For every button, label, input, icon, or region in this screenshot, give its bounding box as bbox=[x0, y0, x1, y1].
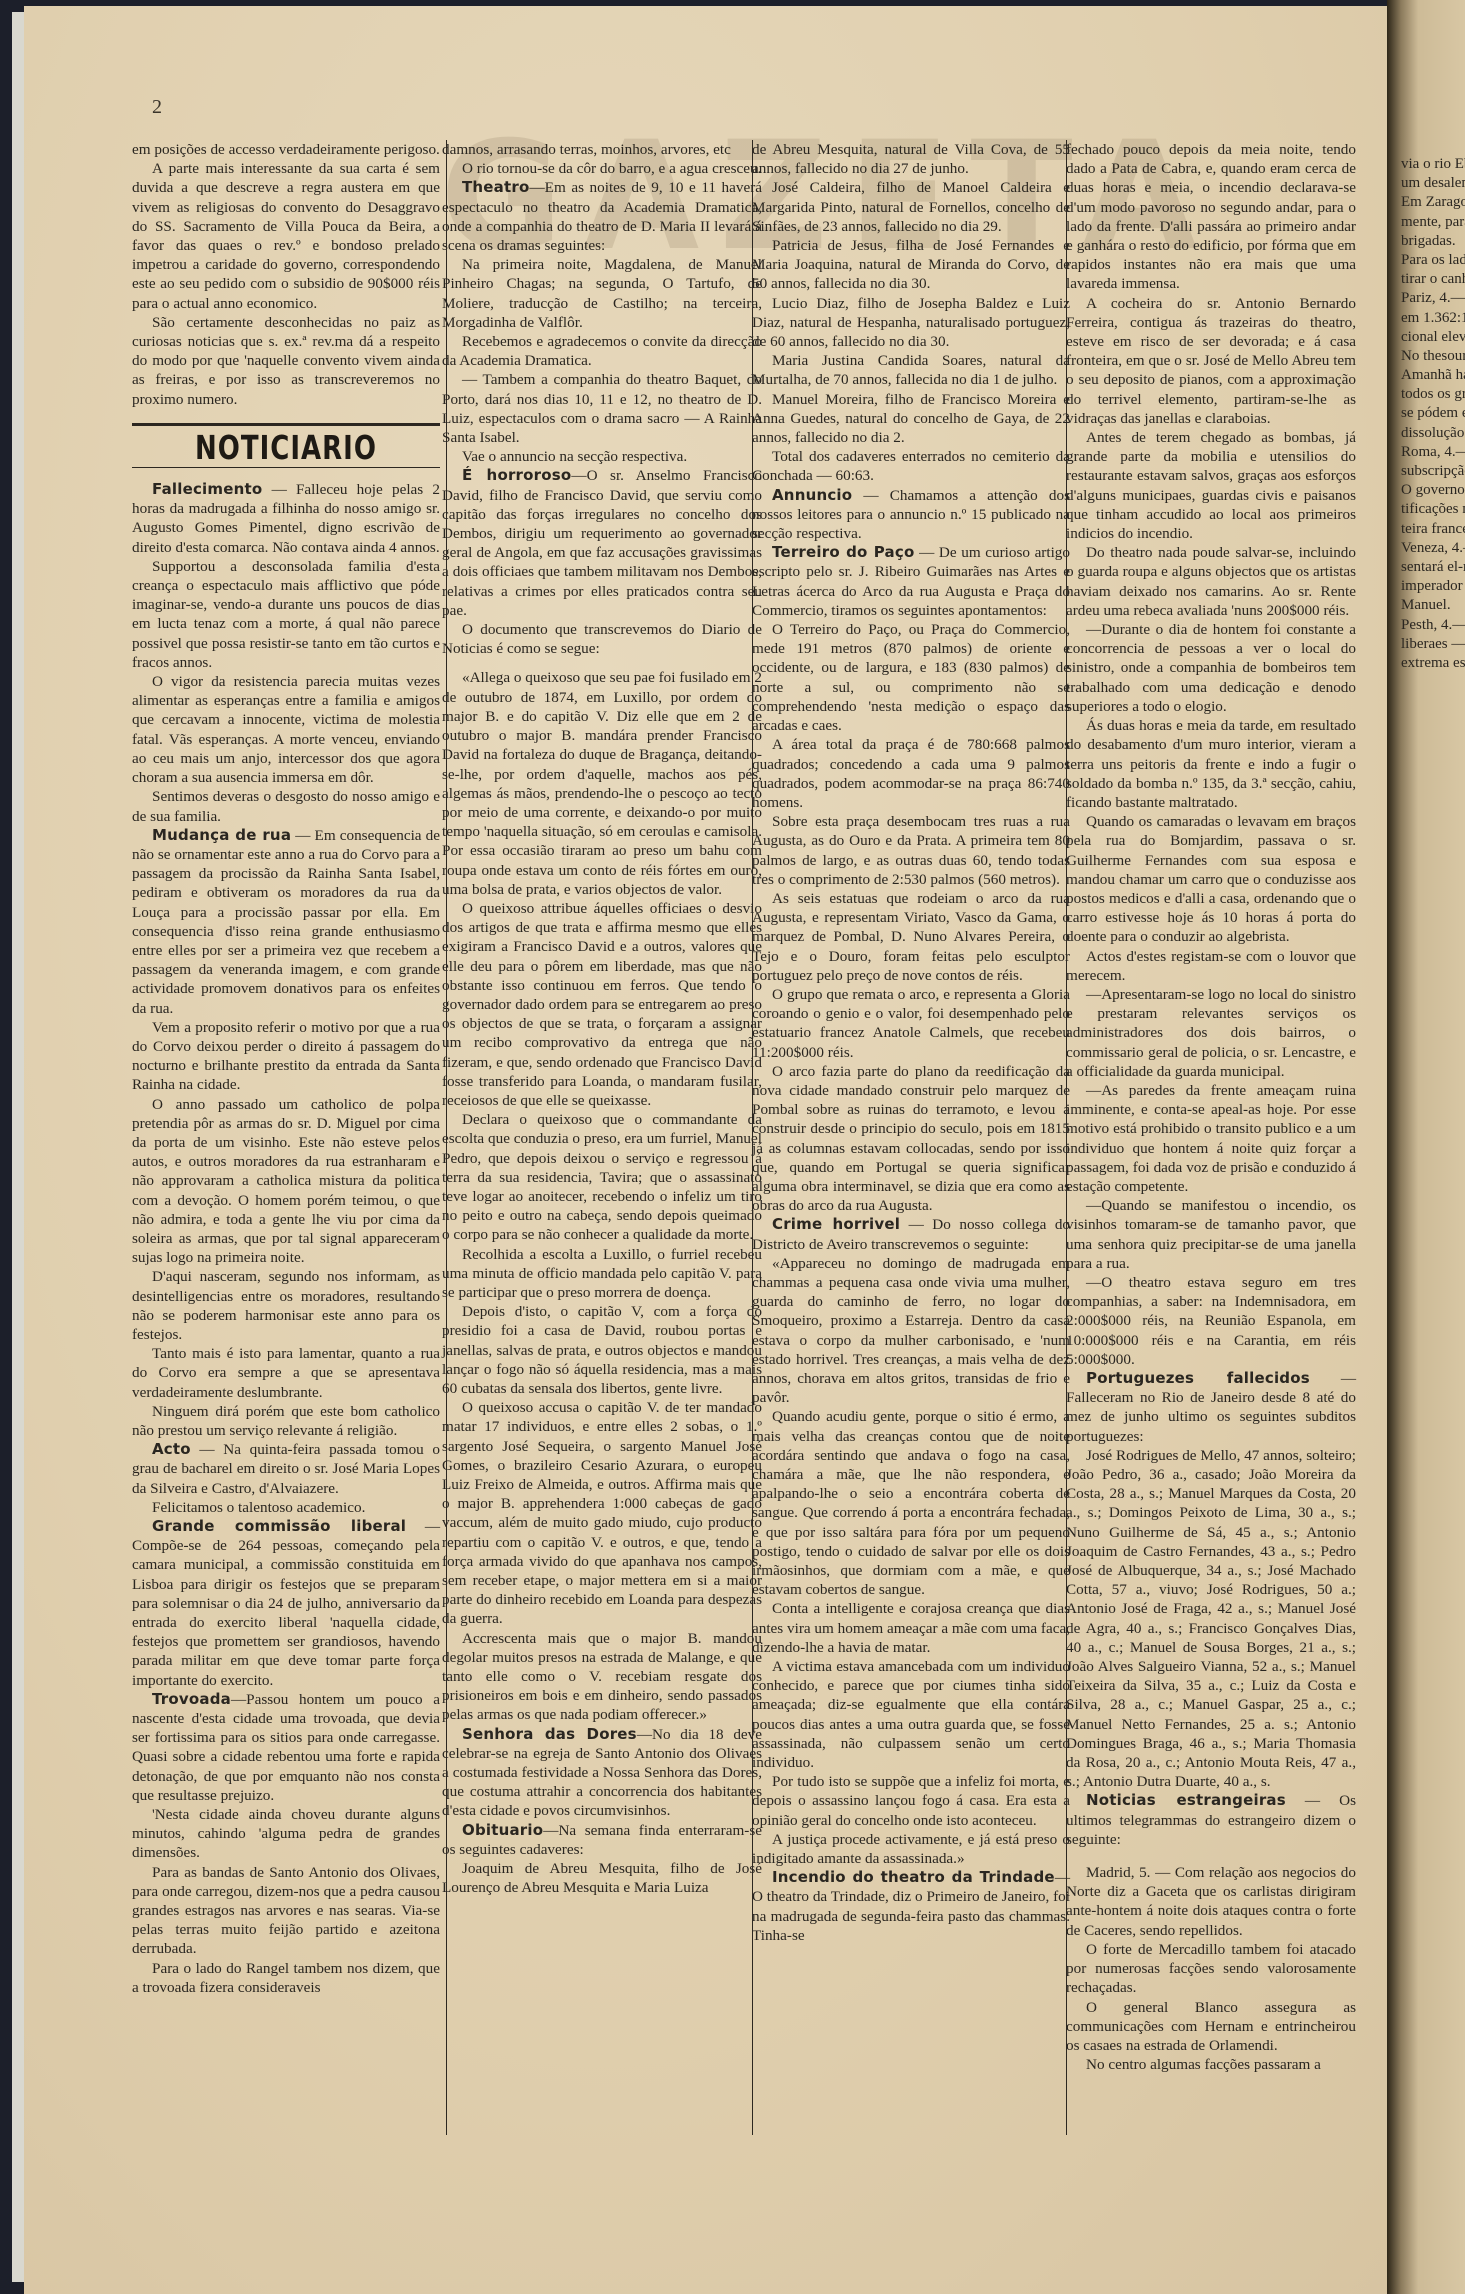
paragraph: 'Nesta cidade ainda choveu durante algun… bbox=[132, 1805, 440, 1863]
paragraph: Accrescenta mais que o major B. mandou d… bbox=[442, 1629, 762, 1725]
adjacent-page-line: brigadas. bbox=[1401, 232, 1465, 251]
article-mudanca: Mudança de rua — Em consequencia de não … bbox=[132, 826, 440, 1018]
paragraph: O forte de Mercadillo tambem foi atacado… bbox=[1066, 1940, 1356, 1998]
paragraph: —As paredes da frente ameaçam ruina immi… bbox=[1066, 1081, 1356, 1196]
paragraph: No centro algumas facções passaram a bbox=[1066, 2055, 1356, 2074]
paragraph: Ninguem dirá porém que este bom catholic… bbox=[132, 1402, 440, 1440]
section-title: NOTICIARIO bbox=[132, 437, 440, 461]
paragraph: Recolhida a escolta a Luxillo, o furriel… bbox=[442, 1245, 762, 1303]
paragraph: O arco fazia parte do plano da reedifica… bbox=[752, 1062, 1070, 1216]
adjacent-page-line: um desalentad bbox=[1401, 174, 1465, 193]
adjacent-page-line: Veneza, 4.— bbox=[1401, 539, 1465, 558]
paragraph: Para as bandas de Santo Antonio dos Oliv… bbox=[132, 1863, 440, 1959]
adjacent-page-line: em 1.362:150 bbox=[1401, 309, 1465, 328]
article-fallecimento: Fallecimento — Falleceu hoje pelas 2 hor… bbox=[132, 480, 440, 557]
paragraph: A victima estava amancebada com um indiv… bbox=[752, 1657, 1070, 1772]
article-heading: Mudança de rua bbox=[152, 826, 291, 844]
article-heading: Annuncio bbox=[772, 486, 852, 504]
paragraph: Vae o annuncio na secção respectiva. bbox=[442, 447, 762, 466]
adjacent-page-line: No thesouro bbox=[1401, 347, 1465, 366]
paragraph: Recebemos e agradecemos o convite da dir… bbox=[442, 332, 762, 370]
paragraph: —Quando se manifestou o incendio, os vis… bbox=[1066, 1196, 1356, 1273]
adjacent-page-line: Amanhã ha bbox=[1401, 366, 1465, 385]
paragraph: Para o lado do Rangel tambem nos dizem, … bbox=[132, 1959, 440, 1997]
paragraph: Sobre esta praça desembocam tres ruas a … bbox=[752, 812, 1070, 889]
paragraph: Ás duas horas e meia da tarde, em result… bbox=[1066, 716, 1356, 812]
paragraph: fechado pouco depois da meia noite, tend… bbox=[1066, 140, 1356, 294]
paragraph: damnos, arrasando terras, moinhos, arvor… bbox=[442, 140, 762, 159]
paragraph: A parte mais interessante da sua carta é… bbox=[132, 159, 440, 313]
adjacent-page-line: tirar o canhão. bbox=[1401, 270, 1465, 289]
article-portuguezes: Portuguezes fallecidos — Falleceram no R… bbox=[1066, 1369, 1356, 1446]
article-heading: Trovoada bbox=[152, 1690, 231, 1708]
adjacent-page-line: O governo r bbox=[1401, 481, 1465, 500]
page-number: 2 bbox=[152, 96, 162, 119]
adjacent-page-line: Pariz, 4.— bbox=[1401, 289, 1465, 308]
adjacent-page-line: dissolução. bbox=[1401, 424, 1465, 443]
divider bbox=[132, 423, 440, 426]
adjacent-page-line: tificações nas p bbox=[1401, 500, 1465, 519]
article-heading: Theatro bbox=[462, 178, 529, 196]
article-crime: Crime horrivel — Do nosso collega do Dis… bbox=[752, 1215, 1070, 1253]
paragraph: Manuel Moreira, filho de Francisco Morei… bbox=[752, 390, 1070, 448]
column-2: damnos, arrasando terras, moinhos, arvor… bbox=[442, 140, 762, 1897]
adjacent-page-line: liberaes — 10 bbox=[1401, 635, 1465, 654]
paragraph: Felicitamos o talentoso academico. bbox=[132, 1498, 440, 1517]
adjacent-page-line: extrema esque bbox=[1401, 654, 1465, 673]
article-horroroso: É horroroso—O sr. Anselmo Francisco Davi… bbox=[442, 466, 762, 620]
article-theatro: Theatro—Em as noites de 9, 10 e 11 haver… bbox=[442, 178, 762, 255]
paragraph: O rio tornou-se da côr do barro, e a agu… bbox=[442, 159, 762, 178]
paragraph: —Durante o dia de hontem foi constante a… bbox=[1066, 620, 1356, 716]
column-3: de Abreu Mesquita, natural de Villa Cova… bbox=[752, 140, 1070, 1945]
adjacent-page-strip: via o rio Ebroum desalentadEm Zaragozame… bbox=[1387, 0, 1465, 2294]
article-heading: Terreiro do Paço bbox=[772, 543, 914, 561]
paragraph: O vigor da resistencia parecia muitas ve… bbox=[132, 672, 440, 787]
article-heading: Senhora das Dores bbox=[462, 1725, 637, 1743]
paragraph: Total dos cadaveres enterrados no cemite… bbox=[752, 447, 1070, 485]
paragraph: —O theatro estava seguro em tres companh… bbox=[1066, 1273, 1356, 1369]
adjacent-page-line: cional eleva-se bbox=[1401, 328, 1465, 347]
article-incendio: Incendio do theatro da Trindade—O theatr… bbox=[752, 1868, 1070, 1945]
paragraph: Patricia de Jesus, filha de José Fernand… bbox=[752, 236, 1070, 294]
paragraph: O queixoso attribue áquelles officiaes o… bbox=[442, 899, 762, 1110]
paragraph: Antes de terem chegado as bombas, já gra… bbox=[1066, 428, 1356, 543]
paragraph: Na primeira noite, Magdalena, de Manuel … bbox=[442, 255, 762, 332]
article-heading: Crime horrivel bbox=[772, 1215, 900, 1233]
article-trovoada: Trovoada—Passou hontem um pouco a nascen… bbox=[132, 1690, 440, 1805]
adjacent-page-line: todos os grupo bbox=[1401, 385, 1465, 404]
article-heading: Portuguezes fallecidos bbox=[1086, 1369, 1310, 1387]
adjacent-page-line: Roma, 4.— bbox=[1401, 443, 1465, 462]
paragraph: O documento que transcrevemos do Diario … bbox=[442, 620, 762, 658]
article-acto: Acto — Na quinta-feira passada tomou o g… bbox=[132, 1440, 440, 1498]
paragraph: Depois d'isto, o capitão V, com a força … bbox=[442, 1302, 762, 1398]
adjacent-page-line: teira franceza, bbox=[1401, 520, 1465, 539]
paragraph: A área total da praça é de 780:668 palmo… bbox=[752, 735, 1070, 812]
paragraph: Actos d'estes registam-se com o louvor q… bbox=[1066, 947, 1356, 985]
adjacent-page-line: sentará el-rei bbox=[1401, 558, 1465, 577]
article-heading: É horroroso bbox=[462, 466, 571, 484]
paragraph: Vem a proposito referir o motivo por que… bbox=[132, 1018, 440, 1095]
paragraph: Joaquim de Abreu Mesquita, filho de José… bbox=[442, 1859, 762, 1897]
paragraph: Maria Justina Candida Soares, natural da… bbox=[752, 351, 1070, 389]
adjacent-page-line: Em Zaragoza bbox=[1401, 193, 1465, 212]
paragraph: Quando acudiu gente, porque o sitio é er… bbox=[752, 1407, 1070, 1599]
paragraph: de Abreu Mesquita, natural de Villa Cova… bbox=[752, 140, 1070, 178]
article-heading: Acto bbox=[152, 1440, 191, 1458]
article-annuncio: Annuncio — Chamamos a attenção dos nosso… bbox=[752, 486, 1070, 544]
paragraph: Por tudo isto se suppõe que a infeliz fo… bbox=[752, 1772, 1070, 1830]
paragraph: Do theatro nada poude salvar-se, incluin… bbox=[1066, 543, 1356, 620]
paragraph: Tanto mais é isto para lamentar, quanto … bbox=[132, 1344, 440, 1402]
paragraph: Supportou a desconsolada familia d'esta … bbox=[132, 557, 440, 672]
paragraph: A justiça procede activamente, e já está… bbox=[752, 1830, 1070, 1868]
paragraph: —Apresentaram-se logo no local do sinist… bbox=[1066, 985, 1356, 1081]
paragraph: O queixoso accusa o capitão V. de ter ma… bbox=[442, 1398, 762, 1628]
column-1: em posições de accesso verdadeiramente p… bbox=[132, 140, 440, 1997]
paragraph: em posições de accesso verdadeiramente p… bbox=[132, 140, 440, 159]
adjacent-page-line: Pesth, 4.— bbox=[1401, 616, 1465, 635]
article-senhora: Senhora das Dores—No dia 18 deve celebra… bbox=[442, 1725, 762, 1821]
article-terreiro: Terreiro do Paço — De um curioso artigo … bbox=[752, 543, 1070, 620]
article-commissao: Grande commissão liberal — Compõe-se de … bbox=[132, 1517, 440, 1690]
paragraph: Declara o queixoso que o commandante da … bbox=[442, 1110, 762, 1244]
column-4: fechado pouco depois da meia noite, tend… bbox=[1066, 140, 1356, 2074]
paragraph: José Rodrigues de Mello, 47 annos, solte… bbox=[1066, 1446, 1356, 1792]
paragraph: «Allega o queixoso que seu pae foi fusil… bbox=[442, 668, 762, 898]
article-heading: Grande commissão liberal bbox=[152, 1517, 406, 1535]
paragraph: O general Blanco assegura as communicaçõ… bbox=[1066, 1998, 1356, 2056]
article-estrangeiras: Noticias estrangeiras — Os ultimos teleg… bbox=[1066, 1791, 1356, 1849]
adjacent-page-line: Manuel. bbox=[1401, 596, 1465, 615]
article-heading: Incendio do theatro da Trindade bbox=[772, 1868, 1055, 1886]
adjacent-page-line: via o rio Ebro bbox=[1401, 155, 1465, 174]
adjacent-page-line: mente, para ll bbox=[1401, 213, 1465, 232]
article-heading: Noticias estrangeiras bbox=[1086, 1791, 1286, 1809]
paragraph: As seis estatuas que rodeiam o arco da r… bbox=[752, 889, 1070, 985]
paragraph: Lucio Diaz, filho de Josepha Baldez e Lu… bbox=[752, 294, 1070, 352]
adjacent-page-text: via o rio Ebroum desalentadEm Zaragozame… bbox=[1401, 155, 1465, 673]
paragraph: «Appareceu no domingo de madrugada em ch… bbox=[752, 1254, 1070, 1408]
article-heading: Fallecimento bbox=[152, 480, 262, 498]
paragraph: Madrid, 5. — Com relação aos negocios do… bbox=[1066, 1863, 1356, 1940]
adjacent-page-line: imperador Fe bbox=[1401, 577, 1465, 596]
paragraph: José Caldeira, filho de Manoel Caldeira … bbox=[752, 178, 1070, 236]
article-obituario: Obituario—Na semana finda enterraram-se … bbox=[442, 1821, 762, 1859]
paragraph: Sentimos deveras o desgosto do nosso ami… bbox=[132, 787, 440, 825]
adjacent-page-line: se pódem ente bbox=[1401, 404, 1465, 423]
paragraph: O Terreiro do Paço, ou Praça do Commerci… bbox=[752, 620, 1070, 735]
paragraph: Quando os camaradas o levavam em braços … bbox=[1066, 812, 1356, 946]
paragraph: O anno passado um catholico de polpa pre… bbox=[132, 1095, 440, 1268]
paragraph: O grupo que remata o arco, e representa … bbox=[752, 985, 1070, 1062]
paragraph: D'aqui nasceram, segundo nos informam, a… bbox=[132, 1267, 440, 1344]
paragraph: A cocheira do sr. Antonio Bernardo Ferre… bbox=[1066, 294, 1356, 428]
paragraph: São certamente desconhecidas no paiz as … bbox=[132, 313, 440, 409]
article-heading: Obituario bbox=[462, 1821, 543, 1839]
adjacent-page-line: Para os lad bbox=[1401, 251, 1465, 270]
paragraph: Conta a intelligente e corajosa creança … bbox=[752, 1599, 1070, 1657]
adjacent-page-line: subscripção en bbox=[1401, 462, 1465, 481]
paragraph: — Tambem a companhia do theatro Baquet, … bbox=[442, 370, 762, 447]
